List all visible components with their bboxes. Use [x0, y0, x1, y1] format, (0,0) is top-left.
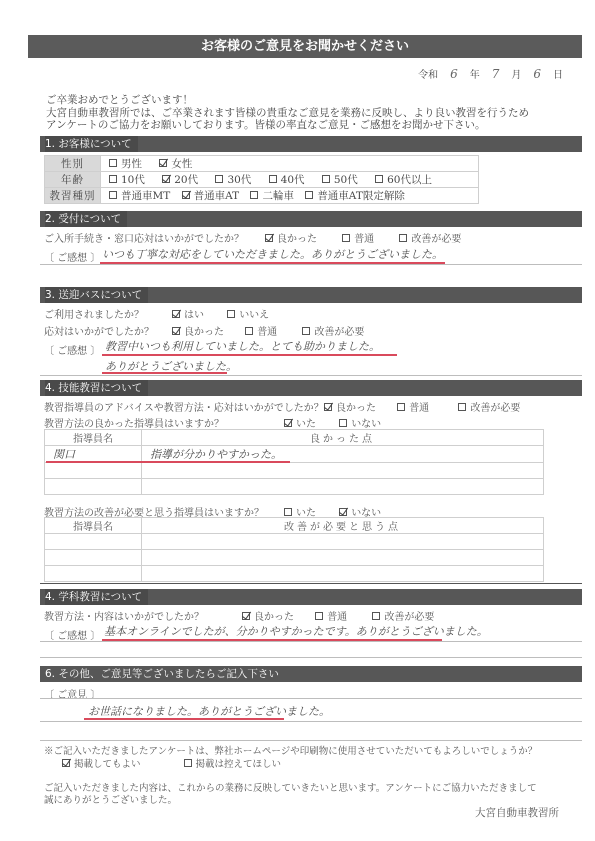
form-title: お客様のご意見をお聞かせください	[28, 35, 582, 58]
good-points-cell[interactable]: 指導が分かりやすかった。	[142, 446, 544, 463]
table-row	[45, 566, 544, 582]
classroom-options: 良かった 普通 改善が必要	[242, 608, 448, 623]
signature: 大宮自動車教習所	[475, 807, 559, 819]
divider	[40, 657, 582, 658]
row-label: 性別	[45, 156, 101, 172]
checkbox-icon[interactable]	[322, 175, 330, 183]
reception-question: ご入所手続き・窓口応対はいかがでしたか？	[44, 230, 244, 245]
row-label: 年齢	[45, 172, 101, 188]
intro-line: ご卒業おめでとうございます！	[46, 94, 529, 107]
bad-instructor-table: 指導員名 改善が必要と思う点	[44, 517, 544, 582]
divider	[40, 641, 582, 642]
comment-label: 〔 ご感想 〕	[44, 627, 100, 642]
checkbox-checked-icon[interactable]	[324, 403, 332, 411]
table-row	[45, 479, 544, 495]
date-year-unit: 年	[470, 66, 480, 81]
good-instructor-question: 教習方法の良かった指導員はいますか？	[44, 415, 224, 430]
classroom-question: 教習方法・内容はいかがでしたか？	[44, 608, 204, 623]
option-60s-plus[interactable]: 60代以上	[375, 172, 432, 187]
instructor-advice-question: 教習指導員のアドバイスや教習方法・応対はいかがでしたか？	[44, 399, 324, 414]
checkbox-icon[interactable]	[109, 159, 117, 167]
checkbox-icon[interactable]	[339, 419, 347, 427]
underline-mark	[84, 718, 284, 720]
section-1-header: 1. お客様について	[40, 136, 582, 152]
option-mt[interactable]: 普通車MT	[109, 188, 170, 203]
option-female[interactable]: 女性	[159, 156, 192, 171]
improvement-points-cell[interactable]	[142, 566, 544, 582]
checkbox-icon[interactable]	[284, 508, 292, 516]
checkbox-checked-icon[interactable]	[159, 159, 167, 167]
checkbox-icon[interactable]	[372, 612, 380, 620]
date-year[interactable]: 6	[450, 67, 458, 81]
instructor-name-cell[interactable]	[45, 534, 142, 550]
checkbox-icon[interactable]	[342, 234, 350, 242]
date-era: 令和	[418, 66, 438, 81]
instructor-name-cell[interactable]	[45, 566, 142, 582]
checkbox-checked-icon[interactable]	[182, 191, 190, 199]
customer-info-table: 性別 男性 女性 年齢 10代 20代 30代 40代 50代 60代以上 教習…	[44, 155, 479, 204]
checkbox-checked-icon[interactable]	[172, 310, 180, 318]
option-allow-publish[interactable]: 掲載してもよい	[62, 759, 141, 771]
checkbox-icon[interactable]	[109, 191, 117, 199]
intro-text: ご卒業おめでとうございます！ 大宮自動車教習所では、ご卒業されます皆様の貴重なご…	[46, 94, 529, 132]
date-day-unit: 日	[553, 66, 563, 81]
section-6-header: 6. その他、ご意見等ございましたらご記入下さい	[40, 666, 582, 682]
underline-mark	[102, 354, 397, 356]
reception-options: 良かった 普通 改善が必要	[265, 230, 475, 245]
section-3-header: 3. 送迎バスについて	[40, 287, 582, 303]
checkbox-icon[interactable]	[269, 175, 277, 183]
option-motorcycle[interactable]: 二輪車	[250, 188, 294, 203]
option-yes[interactable]: いた	[284, 415, 316, 430]
checkbox-icon[interactable]	[184, 759, 192, 767]
bus-service-options: 良かった 普通 改善が必要	[172, 323, 378, 338]
consent-question: ※ご記入いただきましたアンケートは、弊社ホームページや印刷物に使用させていただい…	[44, 746, 537, 758]
classroom-comment[interactable]: 基本オンラインでしたが、分かりやすかったです。ありがとうございました。	[104, 623, 488, 639]
option-50s[interactable]: 50代	[322, 172, 358, 187]
table-header: 指導員名 良かった点	[45, 430, 544, 446]
checkbox-icon[interactable]	[397, 403, 405, 411]
consent-options: 掲載してもよい 掲載は控えてほしい	[62, 759, 295, 771]
divider	[40, 264, 582, 265]
checkbox-icon[interactable]	[458, 403, 466, 411]
bus-service-question: 応対はいかがでしたか？	[44, 323, 154, 338]
table-row	[45, 550, 544, 566]
divider	[40, 721, 582, 722]
checkbox-checked-icon[interactable]	[265, 234, 273, 242]
instructor-name-cell[interactable]	[45, 463, 142, 479]
checkbox-icon[interactable]	[315, 612, 323, 620]
intro-line: アンケートのご協力をお願いしております。皆様の率直なご意見・ご感想をお聞かせ下さ…	[46, 119, 529, 132]
checkbox-icon[interactable]	[399, 234, 407, 242]
option-needs-improvement[interactable]: 改善が必要	[458, 399, 520, 414]
section-4-header: 4. 技能教習について	[40, 380, 582, 396]
col-improvement-points: 改善が必要と思う点	[142, 518, 544, 534]
option-good[interactable]: 良かった	[172, 323, 224, 338]
option-no[interactable]: いいえ	[227, 306, 269, 321]
underline-mark	[46, 461, 290, 463]
divider	[40, 375, 582, 376]
section-2-header: 2. 受付について	[40, 211, 582, 227]
option-decline-publish[interactable]: 掲載は控えてほしい	[184, 759, 282, 771]
option-30s[interactable]: 30代	[215, 172, 251, 187]
option-normal[interactable]: 普通	[397, 399, 429, 414]
checkbox-checked-icon[interactable]	[339, 508, 347, 516]
option-10s[interactable]: 10代	[109, 172, 145, 187]
divider	[40, 583, 582, 584]
col-good-points: 良かった点	[142, 430, 544, 446]
checkbox-icon[interactable]	[305, 191, 313, 199]
date-month-unit: 月	[511, 66, 521, 81]
col-instructor-name: 指導員名	[45, 518, 142, 534]
good-points-cell[interactable]	[142, 479, 544, 495]
closing-line: 誠にありがとうございました。	[44, 795, 537, 807]
checkbox-checked-icon[interactable]	[284, 419, 292, 427]
comment-label: 〔 ご感想 〕	[44, 249, 100, 264]
good-points-cell[interactable]	[142, 463, 544, 479]
option-needs-improvement[interactable]: 改善が必要	[302, 323, 364, 338]
checkbox-icon[interactable]	[215, 175, 223, 183]
date-day[interactable]: 6	[533, 67, 541, 81]
bus-comment-line1[interactable]: 教習中いつも利用していました。とても助かりました。	[105, 338, 380, 354]
option-20s[interactable]: 20代	[162, 172, 198, 187]
divider	[40, 698, 582, 699]
checkbox-icon[interactable]	[302, 327, 310, 335]
closing-message: ご記入いただきました内容は、これからの業務に反映していきたいと思います。アンケー…	[44, 783, 537, 807]
checkbox-checked-icon[interactable]	[62, 759, 70, 767]
bus-used-options: はい いいえ	[172, 306, 283, 321]
good-instructor-options: いた いない	[284, 415, 395, 430]
table-row-course: 教習種別 普通車MT 普通車AT 二輪車 普通車AT限定解除	[45, 188, 479, 204]
underline-mark	[102, 372, 227, 374]
table-row-age: 年齢 10代 20代 30代 40代 50代 60代以上	[45, 172, 479, 188]
instructor-name-cell[interactable]	[45, 550, 142, 566]
option-40s[interactable]: 40代	[269, 172, 305, 187]
option-good[interactable]: 良かった	[265, 230, 317, 245]
option-normal[interactable]: 普通	[342, 230, 374, 245]
checkbox-icon[interactable]	[109, 175, 117, 183]
option-at-limit-release[interactable]: 普通車AT限定解除	[305, 188, 405, 203]
improvement-points-cell[interactable]	[142, 550, 544, 566]
checkbox-checked-icon[interactable]	[242, 612, 250, 620]
table-row	[45, 463, 544, 479]
divider	[40, 740, 582, 741]
instructor-advice-options: 良かった 普通 改善が必要	[324, 399, 534, 414]
table-row-gender: 性別 男性 女性	[45, 156, 479, 172]
instructor-name-cell[interactable]	[45, 479, 142, 495]
table-header: 指導員名 改善が必要と思う点	[45, 518, 544, 534]
col-instructor-name: 指導員名	[45, 430, 142, 446]
option-good[interactable]: 良かった	[242, 608, 294, 623]
checkbox-icon[interactable]	[245, 327, 253, 335]
table-row: 関口 指導が分かりやすかった。	[45, 446, 544, 463]
option-yes[interactable]: はい	[172, 306, 204, 321]
checkbox-checked-icon[interactable]	[162, 175, 170, 183]
checkbox-checked-icon[interactable]	[172, 327, 180, 335]
option-needs-improvement[interactable]: 改善が必要	[372, 608, 434, 623]
section-5-header: 4. 学科教習について	[40, 589, 582, 605]
option-no[interactable]: いない	[339, 415, 381, 430]
option-normal[interactable]: 普通	[315, 608, 347, 623]
row-label: 教習種別	[45, 188, 101, 204]
reception-comment[interactable]: いつも丁寧な対応をしていただきました。ありがとうございました。	[102, 246, 443, 262]
option-male[interactable]: 男性	[109, 156, 142, 171]
table-row	[45, 534, 544, 550]
date-month[interactable]: 7	[492, 67, 500, 81]
improvement-points-cell[interactable]	[142, 534, 544, 550]
option-good[interactable]: 良かった	[324, 399, 376, 414]
closing-line: ご記入いただきました内容は、これからの業務に反映していきたいと思います。アンケー…	[44, 783, 537, 795]
checkbox-icon[interactable]	[250, 191, 258, 199]
option-at[interactable]: 普通車AT	[182, 188, 240, 203]
comment-label: 〔 ご感想 〕	[44, 342, 100, 357]
date-field: 令和 6 年 7 月 6 日	[418, 66, 563, 81]
instructor-name-cell[interactable]: 関口	[45, 446, 142, 463]
checkbox-icon[interactable]	[375, 175, 383, 183]
option-normal[interactable]: 普通	[245, 323, 277, 338]
opinion-comment[interactable]: お世話になりました。ありがとうございました。	[88, 703, 330, 719]
bus-used-question: ご利用されましたか？	[44, 306, 144, 321]
option-needs-improvement[interactable]: 改善が必要	[399, 230, 461, 245]
intro-line: 大宮自動車教習所では、ご卒業されます皆様の貴重なご意見を業務に反映し、より良い教…	[46, 107, 529, 120]
checkbox-icon[interactable]	[227, 310, 235, 318]
